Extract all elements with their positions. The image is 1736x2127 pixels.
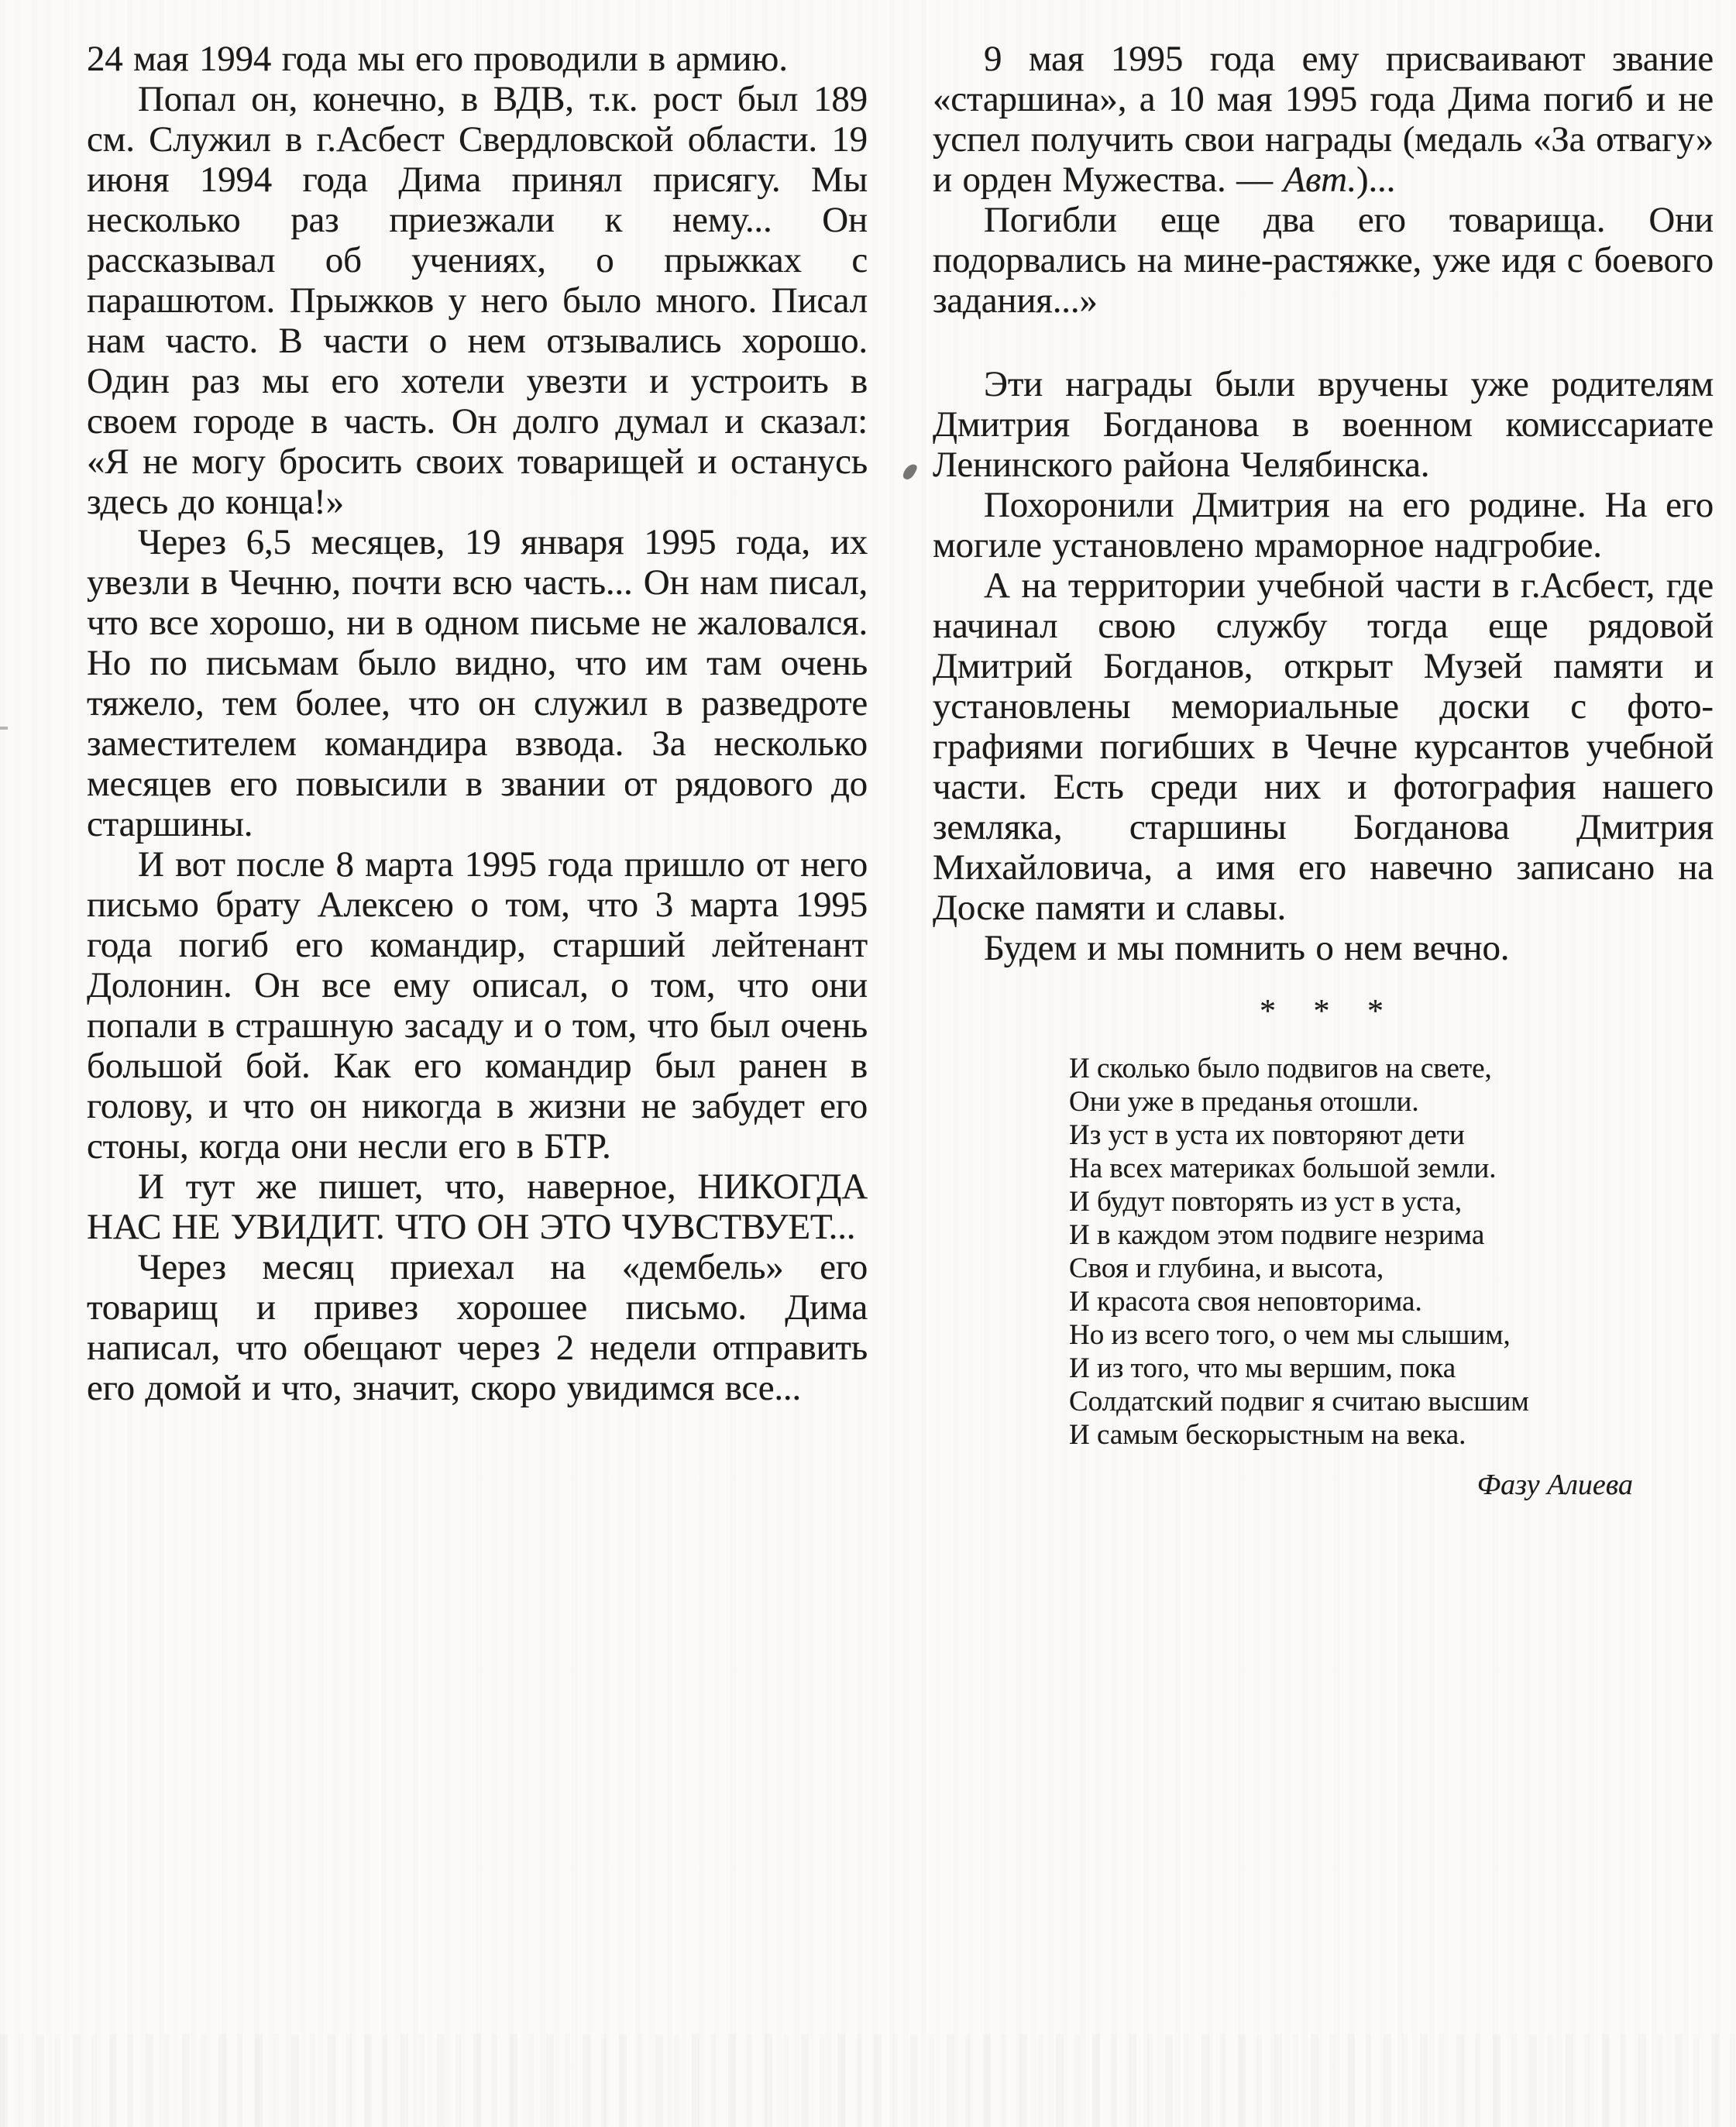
scanned-page: 24 мая 1994 года мы его проводили в арми… (0, 0, 1736, 2127)
poem-line: И будут повторять из уст в уста, (1069, 1185, 1714, 1218)
paragraph-comrades-killed: Погибли еще два его товарища. Они подорв… (933, 200, 1714, 321)
poem: И сколько было подвигов на свете, Они уж… (1069, 1052, 1714, 1502)
section-separator: * * * (933, 993, 1714, 1030)
paragraph-memorial-museum: А на территории учебной части в г.Асбест… (933, 565, 1714, 928)
paragraph-commander-death: И вот после 8 марта 1995 года пришло от … (87, 844, 868, 1167)
poem-line: Солдатский подвиг я считаю высшим (1069, 1385, 1714, 1418)
left-column: 24 мая 1994 года мы его проводили в арми… (87, 39, 868, 1502)
two-column-layout: 24 мая 1994 года мы его проводили в арми… (0, 0, 1736, 1502)
poem-line: И красота своя неповторима. (1069, 1285, 1714, 1318)
awards-text-after: )... (1356, 160, 1395, 200)
paragraph-rank-and-awards: 9 мая 1995 года ему присваивают звание «… (933, 39, 1714, 200)
poem-line: Они уже в преданья отошли. (1069, 1085, 1714, 1118)
scan-noise-bottom-overlay (0, 2034, 1736, 2127)
poem-line: И из того, что мы вершим, пока (1069, 1352, 1714, 1385)
poem-line: И самым бескорыстным на века. (1069, 1418, 1714, 1452)
paragraph-send-off: 24 мая 1994 года мы его проводили в арми… (87, 39, 868, 79)
paragraph-burial: Похоронили Дмитрия на его родине. На его… (933, 485, 1714, 565)
paragraph-remembrance: Будем и мы помнить о нем вечно. (933, 928, 1714, 968)
paragraph-chechnya: Через 6,5 месяцев, 19 января 1995 года, … (87, 522, 868, 844)
paragraph-service: Попал он, конечно, в ВДВ, т.к. рост был … (87, 79, 868, 522)
right-column: 9 мая 1995 года ему присваивают звание «… (933, 39, 1714, 1502)
scan-artifact-dash (0, 727, 8, 730)
paragraph-premonition: И тут же пишет, что, наверное, НИКОГДА Н… (87, 1167, 868, 1247)
paragraph-awards-handed: Эти награды были вручены уже родителям Д… (933, 364, 1714, 485)
poem-line: И в каждом этом подвиге незрима (1069, 1218, 1714, 1252)
poem-line: Но из всего того, о чем мы слышим, (1069, 1318, 1714, 1352)
poem-line: Своя и глубина, и высота, (1069, 1252, 1714, 1285)
poem-line: И сколько было подвигов на свете, (1069, 1052, 1714, 1085)
poem-line: Из уст в уста их повторяют дети (1069, 1118, 1714, 1152)
paragraph-last-letter: Через месяц приехал на «дембель» его тов… (87, 1247, 868, 1408)
poem-line: На всех материках большой земли. (1069, 1152, 1714, 1185)
author-note: Авт. (1283, 160, 1356, 200)
poem-author-signature: Фазу Алиева (1069, 1469, 1714, 1502)
